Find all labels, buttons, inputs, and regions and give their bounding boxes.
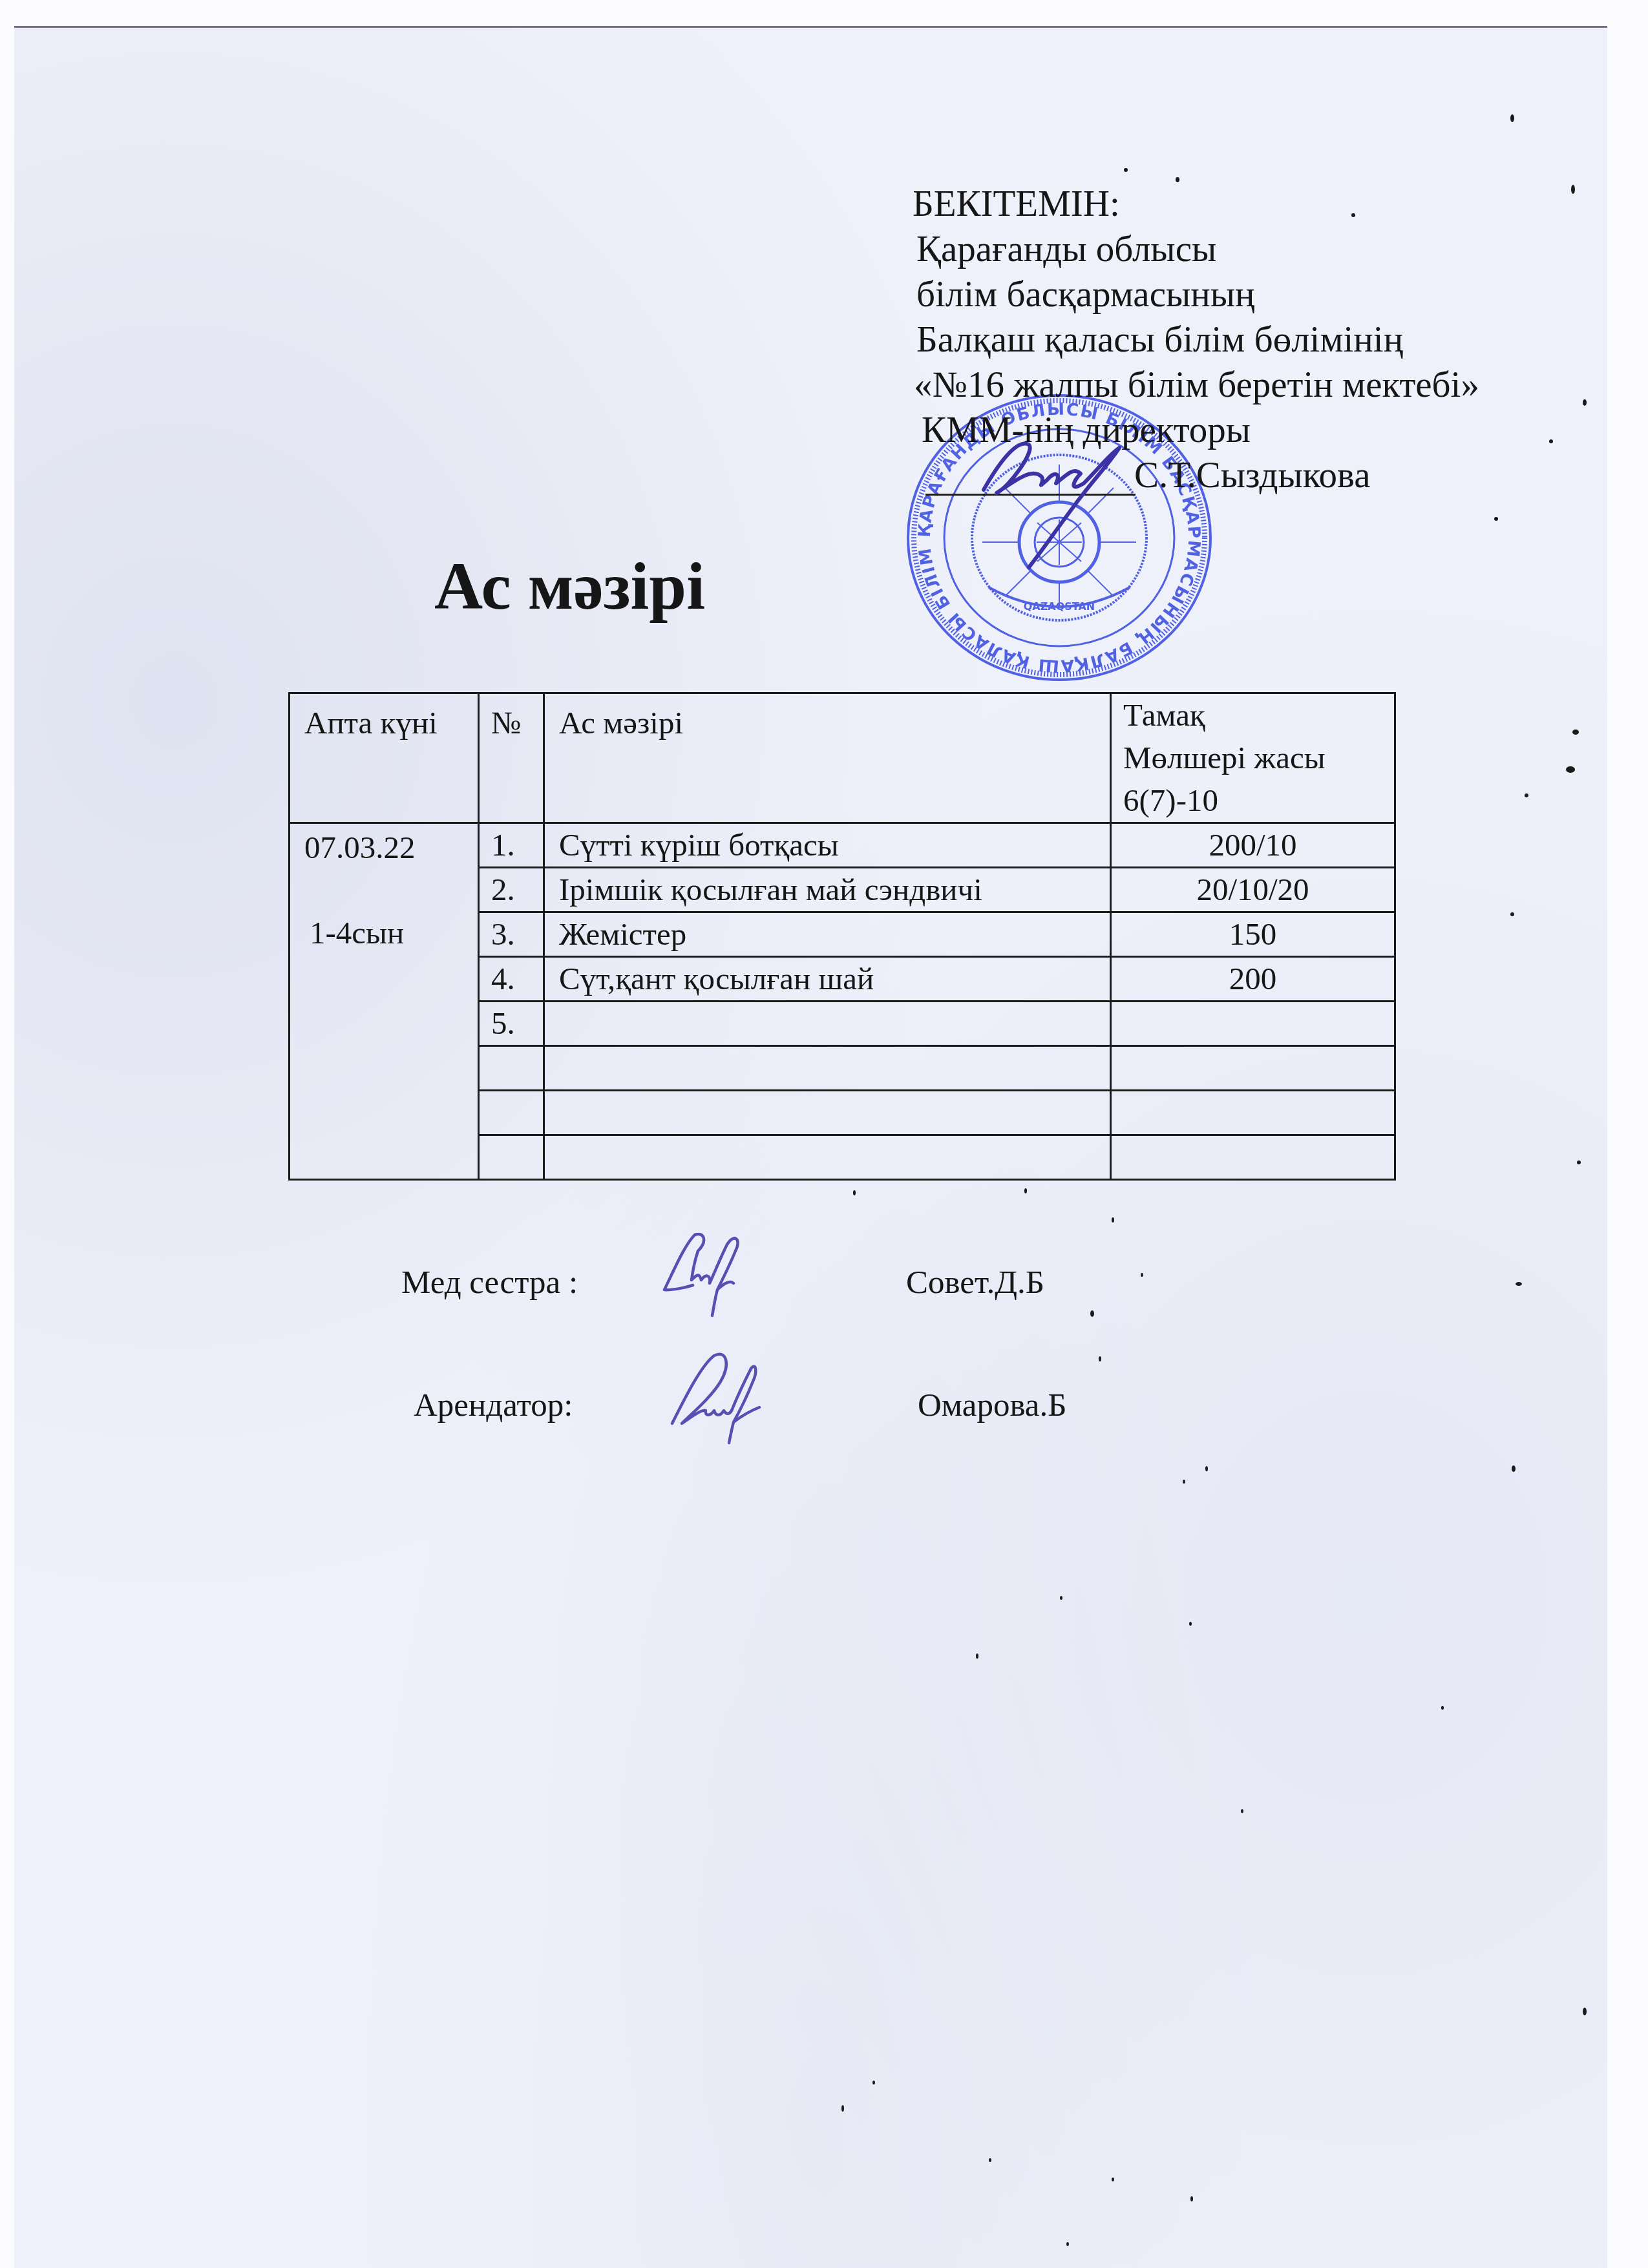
scanned-page: ҚАРАҒАНДЫ ОБЛЫСЫ БІЛІМ БАСҚАРМАСЫНЫҢ БАЛ…	[14, 26, 1607, 2268]
scan-noise	[14, 28, 1607, 2268]
